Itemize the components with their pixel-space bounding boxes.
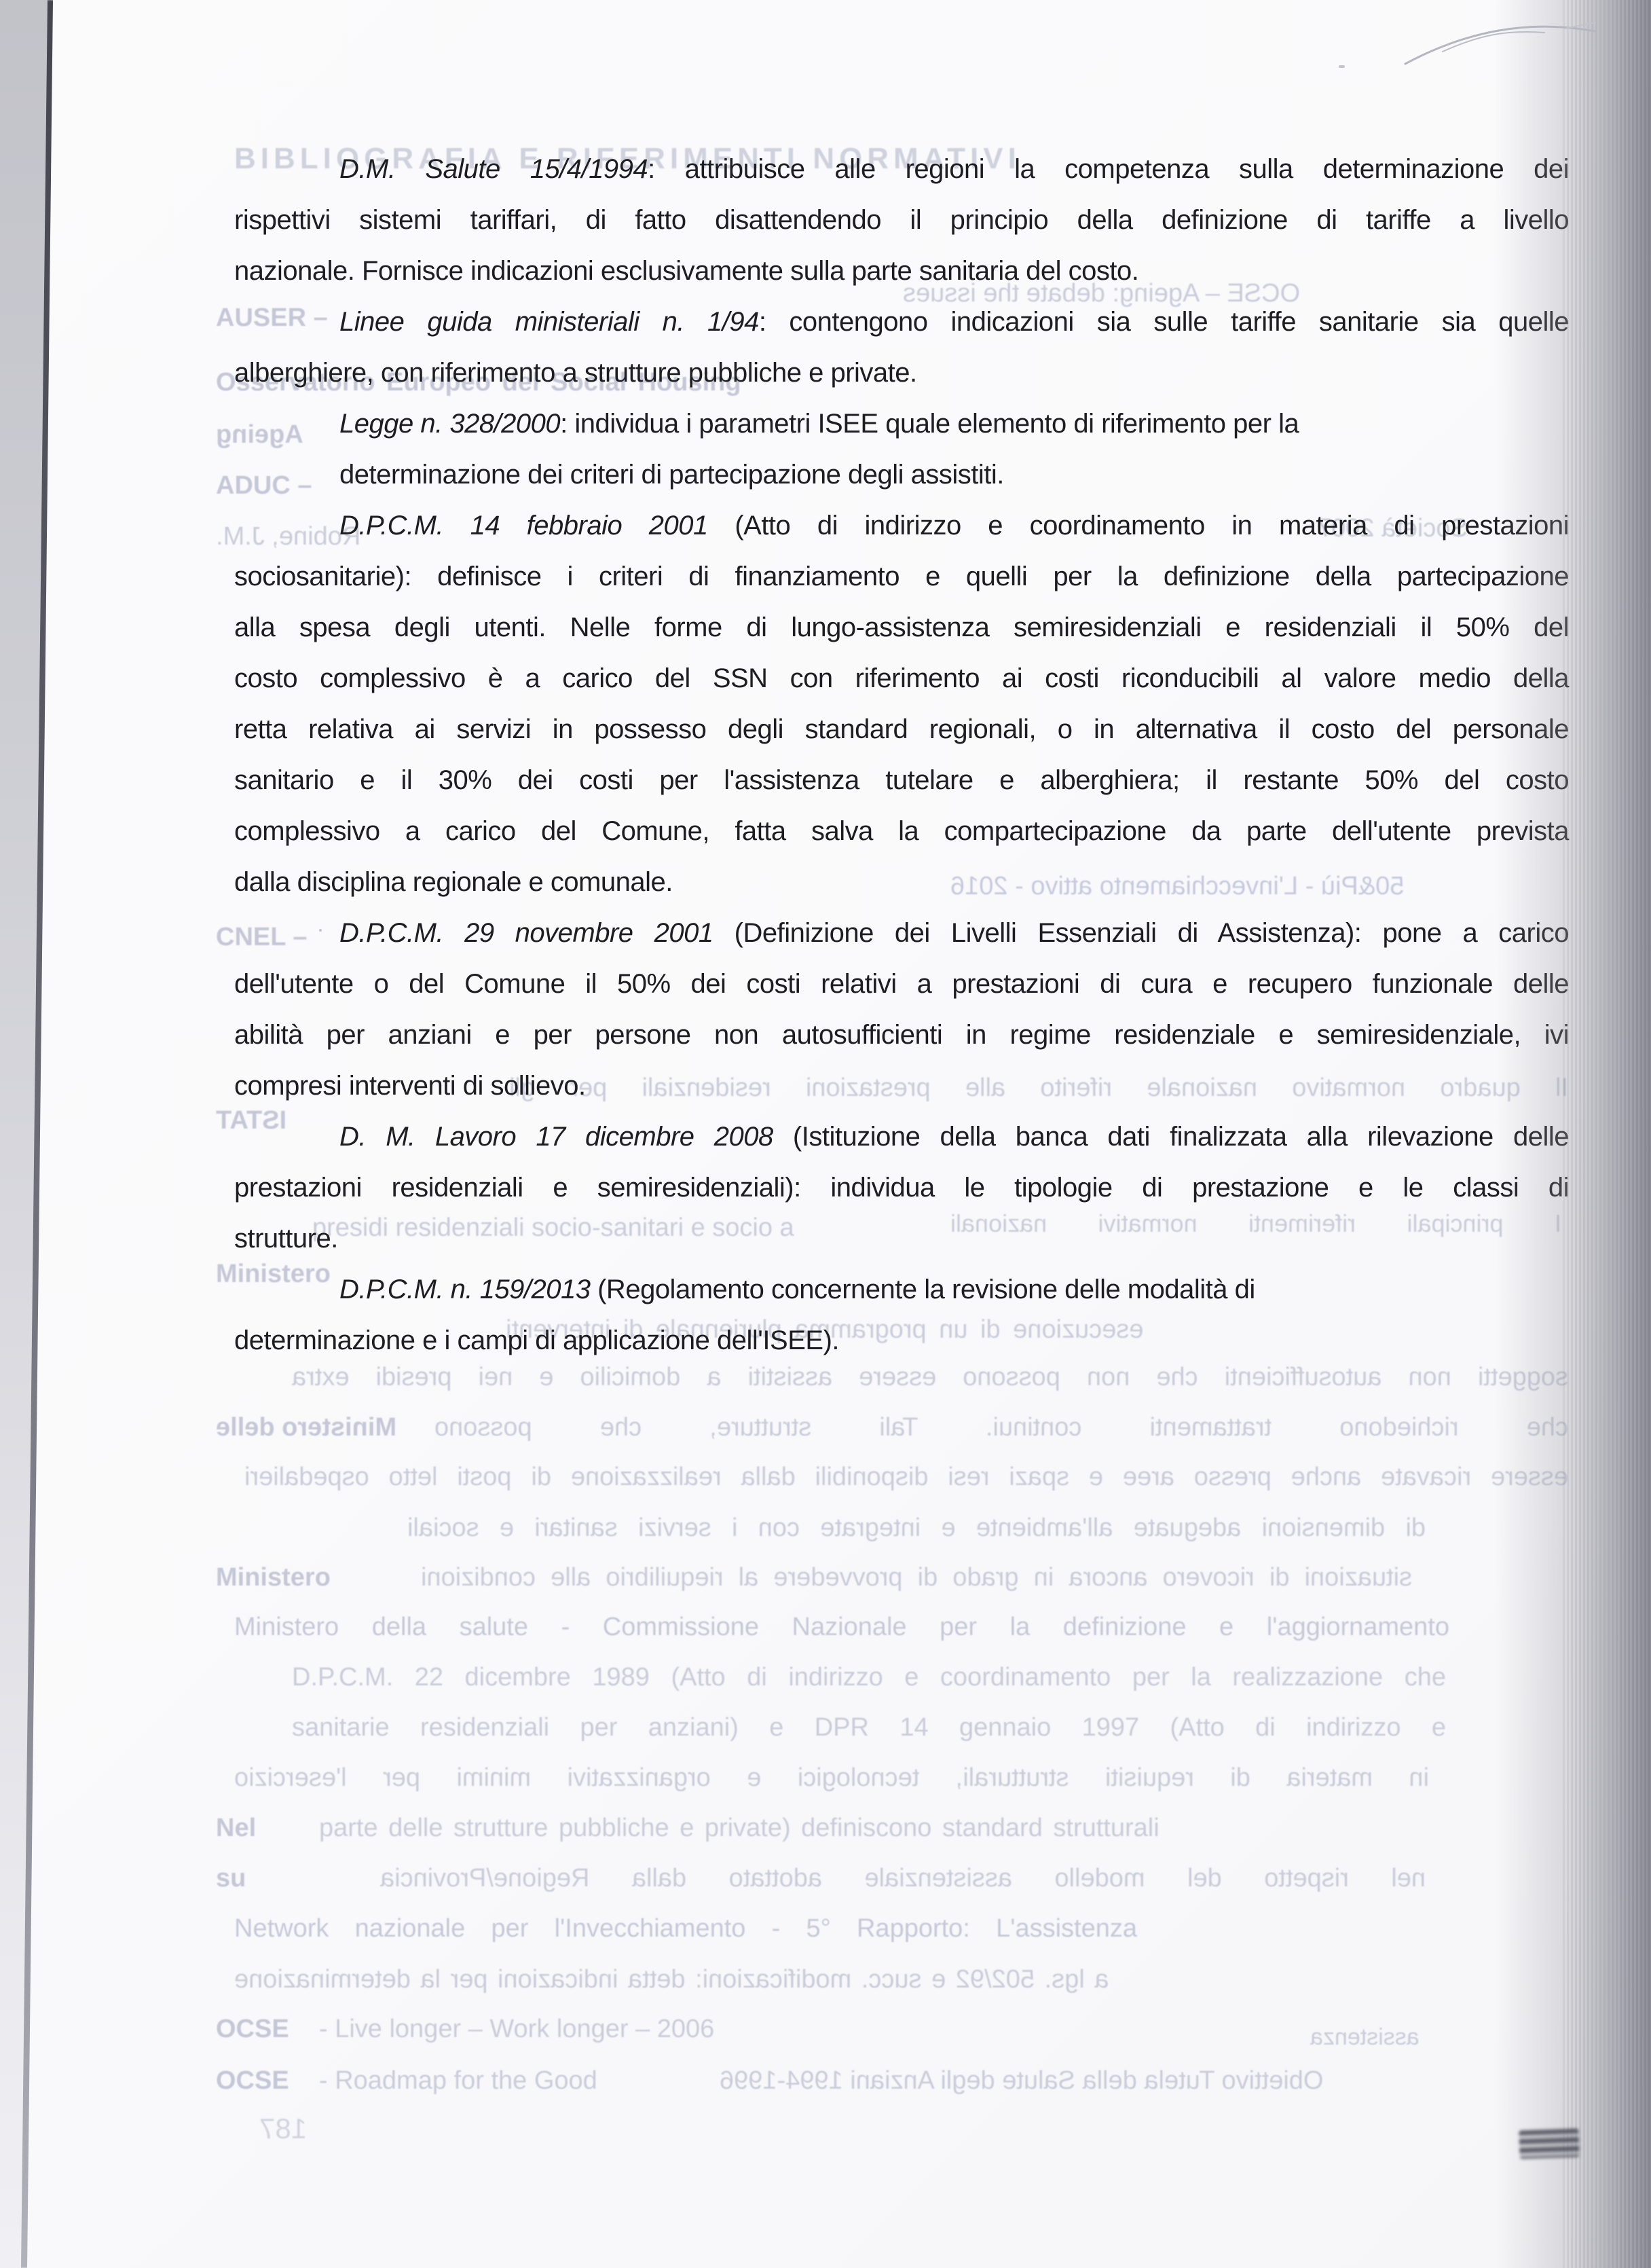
bleedthrough-line: sanitarie residenziali per anziani) e DP…: [292, 1714, 1446, 1742]
text-segment: alberghiere, con riferimento a strutture…: [234, 358, 917, 388]
text-segment: determinazione dei criteri di partecipaz…: [339, 460, 1004, 490]
text-line: costo complessivo è a carico del SSN con…: [234, 653, 1569, 704]
bleedthrough-line: soggetti non autosufficienti che non pos…: [292, 1364, 1568, 1392]
text-segment: abilità per anziani e per persone non au…: [234, 1020, 1569, 1050]
bleedthrough-line: parte delle strutture pubbliche e privat…: [319, 1814, 1160, 1843]
text-line: prestazioni residenziali e semiresidenzi…: [234, 1163, 1569, 1213]
text-line: D. M. Lavoro 17 dicembre 2008 (Istituzio…: [234, 1112, 1569, 1163]
bleedthrough-line: D.P.C.M. 22 dicembre 1989 (Atto di indir…: [292, 1664, 1446, 1692]
text-line: compresi interventi di sollievo.: [234, 1061, 1569, 1112]
law-reference: D. M. Lavoro 17 dicembre 2008: [339, 1122, 773, 1152]
text-segment: (Definizione dei Livelli Essenziali di A…: [713, 918, 1569, 948]
bleedthrough-line: nel rispetto del modello assistenziale a…: [380, 1865, 1426, 1893]
text-line: nazionale. Fornisce indicazioni esclusiv…: [234, 246, 1569, 297]
text-line: dell'utente o del Comune il 50% dei cost…: [234, 959, 1569, 1010]
bleedthrough-line: Nel: [216, 1814, 256, 1843]
text-line: strutture.: [234, 1213, 1569, 1264]
text-line: Legge n. 328/2000: individua i parametri…: [234, 399, 1569, 450]
bleedthrough-line: Obiettivo Tutela della Salute degli Anzi…: [720, 2067, 1323, 2096]
text-line: retta relativa ai servizi in possesso de…: [234, 704, 1569, 755]
text-line: dalla disciplina regionale e comunale.: [234, 857, 1569, 908]
scratch-mark: [1392, 4, 1622, 79]
text-line: Linee guida ministeriali n. 1/94: conten…: [234, 297, 1569, 348]
text-segment: : attribuisce alle regioni la competenza…: [648, 154, 1569, 184]
text-segment: strutture.: [234, 1224, 338, 1254]
main-text: D.M. Salute 15/4/1994: attribuisce alle …: [234, 144, 1569, 1366]
text-line: complessivo a carico del Comune, fatta s…: [234, 806, 1569, 857]
text-line: alberghiere, con riferimento a strutture…: [234, 348, 1569, 399]
bleedthrough-line: situazioni di ricovero ancora in grado d…: [421, 1564, 1412, 1592]
text-segment: : contengono indicazioni sia sulle tarif…: [759, 307, 1569, 337]
bleedthrough-line: Ministero delle: [216, 1414, 396, 1442]
bleedthrough-line: su: [216, 1865, 246, 1893]
bleedthrough-line: di dimensioni adeguate all'ambiente e in…: [407, 1514, 1426, 1543]
bleedthrough-line: Network nazionale per l'Invecchiamento -…: [234, 1915, 1137, 1943]
scanned-book-page: { "page": { "kind": "scanned book page",…: [0, 0, 1651, 2268]
law-reference: D.P.C.M. 14 febbraio 2001: [339, 511, 708, 541]
bleedthrough-line: 187: [259, 2113, 307, 2144]
text-line: D.M. Salute 15/4/1994: attribuisce alle …: [234, 144, 1569, 195]
bleedthrough-line: che richiedono trattamenti continui. Tal…: [434, 1414, 1568, 1442]
text-line: D.P.C.M. 29 novembre 2001 (Definizione d…: [234, 908, 1569, 959]
bleedthrough-line: in materia di requisiti strutturali, tec…: [234, 1764, 1429, 1793]
text-line: sociosanitarie): definisce i criteri di …: [234, 551, 1569, 602]
text-line: alla spesa degli utenti. Nelle forme di …: [234, 602, 1569, 653]
bleedthrough-line: essere ricavate anche presso aree e spaz…: [244, 1463, 1568, 1492]
text-line: D.P.C.M. n. 159/2013 (Regolamento concer…: [234, 1264, 1569, 1315]
law-reference: D.P.C.M. 29 novembre 2001: [339, 918, 713, 948]
ink-smudge: [1519, 2128, 1579, 2159]
bleedthrough-line: OCSE: [216, 2067, 289, 2096]
text-line: rispettivi sistemi tariffari, di fatto d…: [234, 195, 1569, 246]
bleedthrough-line: Ministero: [216, 1564, 331, 1592]
text-line: abilità per anziani e per persone non au…: [234, 1010, 1569, 1061]
text-segment: dell'utente o del Comune il 50% dei cost…: [234, 969, 1569, 999]
text-segment: costo complessivo è a carico del SSN con…: [234, 663, 1569, 693]
text-line: determinazione e i campi di applicazione…: [234, 1315, 1569, 1366]
text-segment: compresi interventi di sollievo.: [234, 1071, 586, 1101]
text-segment: : individua i parametri ISEE quale eleme…: [560, 409, 1299, 439]
text-segment: alla spesa degli utenti. Nelle forme di …: [234, 612, 1569, 642]
bleedthrough-line: OCSE: [216, 2015, 289, 2044]
text-segment: nazionale. Fornisce indicazioni esclusiv…: [234, 256, 1138, 286]
law-reference: D.M. Salute 15/4/1994: [339, 154, 648, 184]
text-line: determinazione dei criteri di partecipaz…: [234, 450, 1569, 500]
bleedthrough-line: - Live longer – Work longer – 2006: [319, 2015, 714, 2044]
law-reference: Legge n. 328/2000: [339, 409, 560, 439]
text-segment: prestazioni residenziali e semiresidenzi…: [234, 1173, 1569, 1203]
text-segment: rispettivi sistemi tariffari, di fatto d…: [234, 205, 1569, 235]
text-line: sanitario e il 30% dei costi per l'assis…: [234, 755, 1569, 806]
bleedthrough-line: a lgs. 502/92 e succ. modificazioni: det…: [234, 1966, 1109, 1994]
text-segment: determinazione e i campi di applicazione…: [234, 1325, 839, 1355]
text-segment: complessivo a carico del Comune, fatta s…: [234, 816, 1569, 846]
text-segment: (Atto di indirizzo e coordinamento in ma…: [708, 511, 1569, 541]
bleedthrough-line: - Roadmap for the Good: [319, 2067, 597, 2096]
text-segment: (Istituzione della banca dati finalizzat…: [773, 1122, 1569, 1152]
bleedthrough-line: assistenza: [1310, 2025, 1420, 2050]
dust-speck: [1339, 65, 1345, 68]
text-segment: sociosanitarie): definisce i criteri di …: [234, 562, 1569, 591]
bleedthrough-line: Ministero della salute - Commissione Naz…: [234, 1613, 1449, 1642]
law-reference: D.P.C.M. n. 159/2013: [339, 1275, 591, 1304]
text-segment: dalla disciplina regionale e comunale.: [234, 867, 673, 897]
law-reference: Linee guida ministeriali n. 1/94: [339, 307, 759, 337]
text-segment: sanitario e il 30% dei costi per l'assis…: [234, 765, 1569, 795]
text-segment: (Regolamento concernente la revisione de…: [591, 1275, 1255, 1304]
spine-shadow: [1495, 0, 1651, 2268]
text-line: D.P.C.M. 14 febbraio 2001 (Atto di indir…: [234, 500, 1569, 551]
dust-speck: [319, 929, 322, 932]
text-segment: retta relativa ai servizi in possesso de…: [234, 714, 1569, 744]
